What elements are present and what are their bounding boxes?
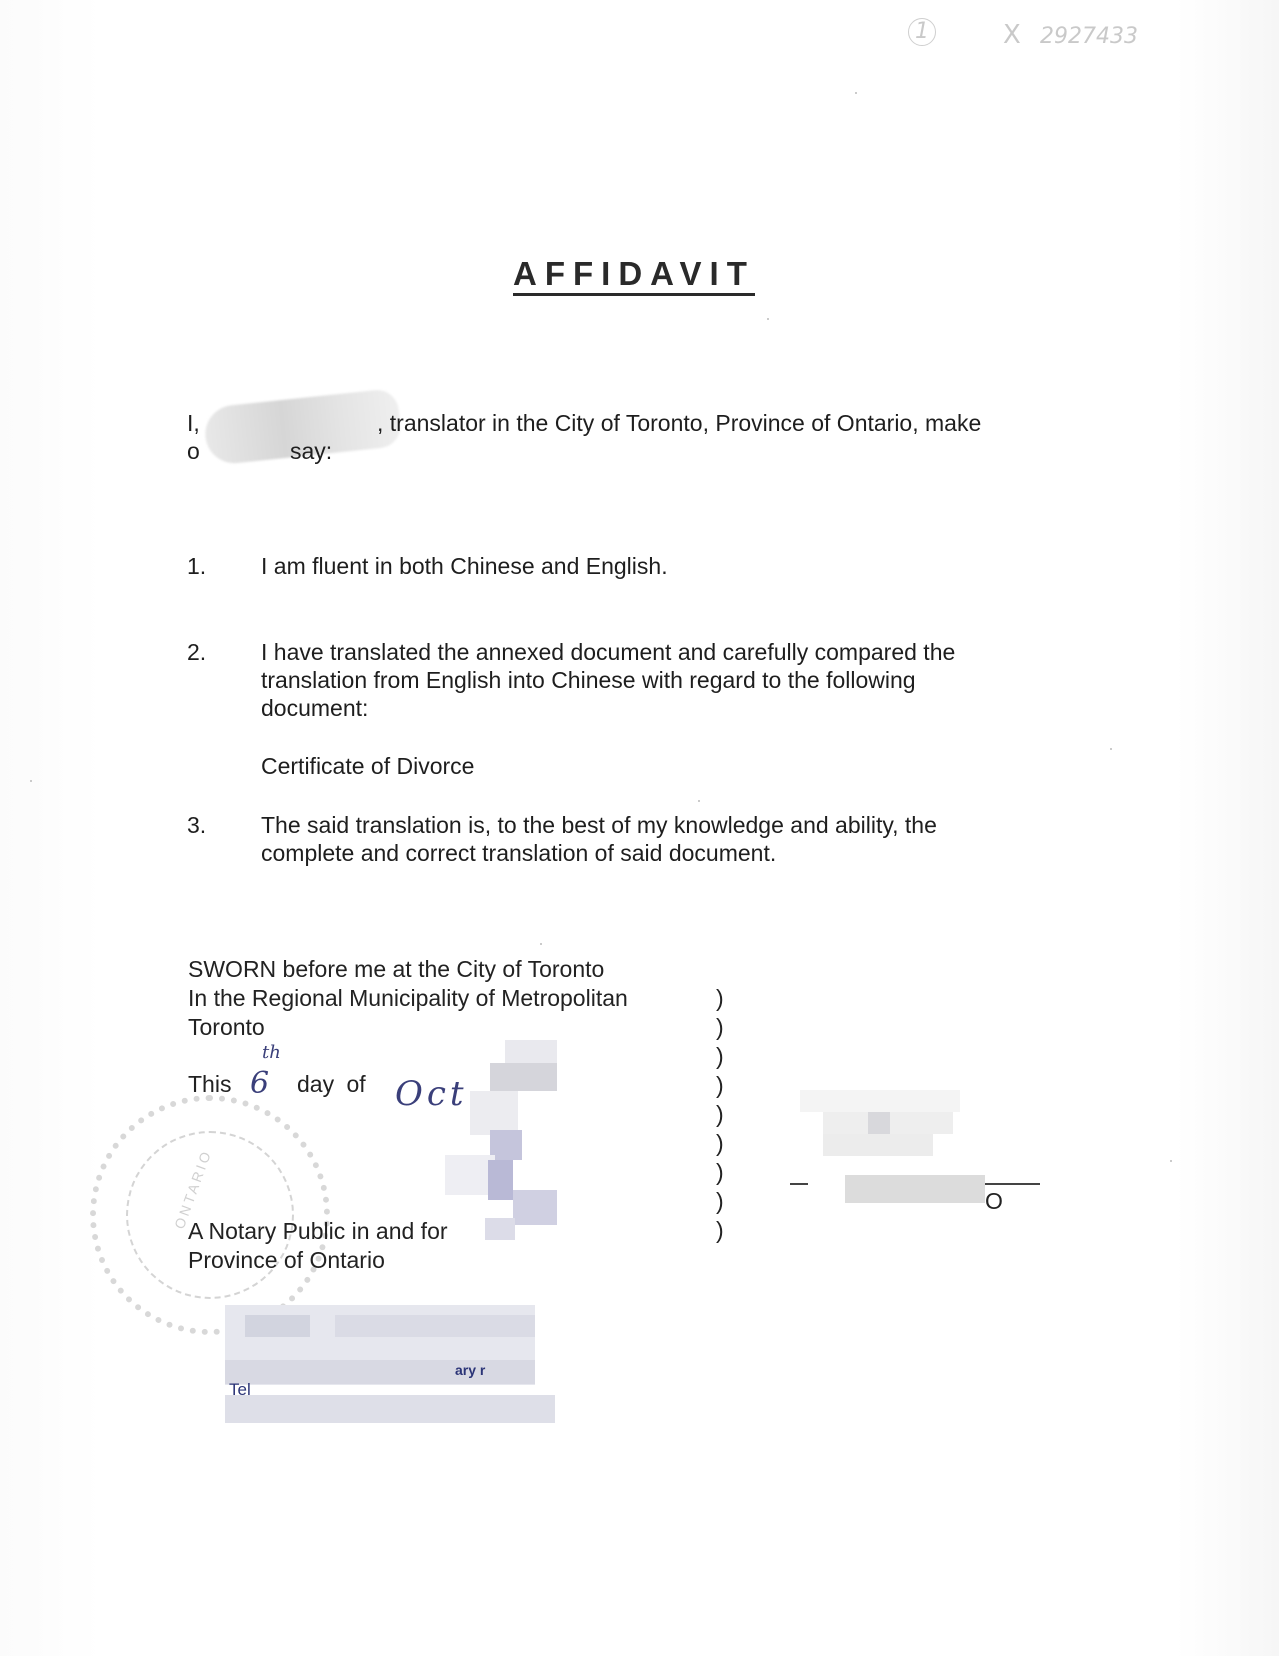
scan-speck: [855, 92, 857, 94]
document-title: AFFIDAVIT: [513, 256, 755, 296]
item-1-number: 1.: [187, 552, 206, 580]
item-2-line-3: document:: [261, 694, 368, 722]
scan-speck: [30, 780, 32, 782]
notary-line-2: Province of Ontario: [188, 1246, 385, 1275]
scan-speck: [698, 800, 700, 802]
intro-line-1: I,: [187, 409, 200, 437]
scan-speck: [767, 318, 769, 320]
item-3-number: 3.: [187, 811, 206, 839]
document-page: 1 X 2927433 AFFIDAVIT I, , translator in…: [0, 0, 1279, 1656]
notary-line-1: A Notary Public in and for: [188, 1217, 448, 1246]
reference-number-annotation: 2927433: [1040, 24, 1138, 49]
handwritten-month: Oct: [395, 1074, 468, 1114]
item-3-line-1: The said translation is, to the best of …: [261, 811, 937, 839]
jurat-line-1: SWORN before me at the City of Toronto: [188, 955, 604, 984]
item-2-number: 2.: [187, 638, 206, 666]
jurat-day-of-label: day of: [297, 1070, 366, 1099]
deponent-signature-line-right: [985, 1183, 1040, 1185]
stamp-partial-text: ary r: [455, 1362, 485, 1378]
handwritten-day: 6: [250, 1066, 269, 1101]
item-3-line-2: complete and correct translation of said…: [261, 839, 776, 867]
jurat-line-3: Toronto: [188, 1013, 265, 1042]
stamp-tel-label: Tel: [229, 1380, 251, 1400]
scan-speck: [1170, 1160, 1172, 1162]
notary-seal: ONTARIO: [90, 1095, 330, 1335]
signature-trailing-letter: O: [985, 1187, 1003, 1216]
item-2-line-1: I have translated the annexed document a…: [261, 638, 955, 666]
circled-number-annotation: 1: [908, 18, 936, 46]
deponent-signature-line-left: [790, 1183, 808, 1185]
intro-line-2-rest: say:: [290, 437, 332, 465]
handwritten-day-suffix: th: [262, 1042, 281, 1063]
scan-speck: [1110, 748, 1112, 750]
jurat-line-2: In the Regional Municipality of Metropol…: [188, 984, 628, 1013]
x-mark-annotation: X: [1003, 20, 1021, 50]
scan-speck: [540, 943, 542, 945]
item-2-line-2: translation from English into Chinese wi…: [261, 666, 916, 694]
intro-line-1-rest: , translator in the City of Toronto, Pro…: [377, 409, 981, 437]
jurat-this-label: This: [188, 1070, 231, 1099]
intro-line-2-prefix: o: [187, 437, 200, 465]
document-name: Certificate of Divorce: [261, 752, 474, 780]
item-1-text: I am fluent in both Chinese and English.: [261, 552, 668, 580]
